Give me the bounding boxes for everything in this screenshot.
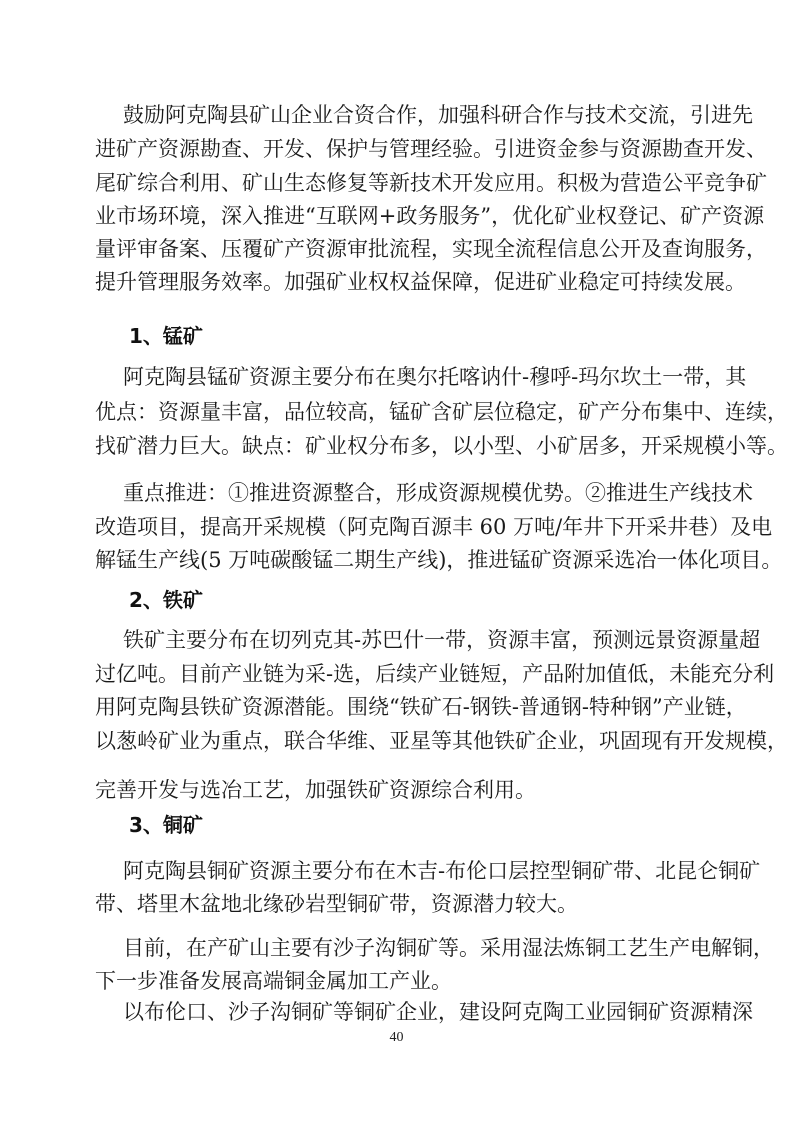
paragraph-line: 改造项目，提高开采规模（阿克陶百源丰 60 万吨/年井下开采井巷）及电 — [95, 509, 711, 546]
paragraph-line: 带、塔里木盆地北缘砂岩型铜矿带，资源潜力较大。 — [95, 886, 711, 923]
paragraph-line: 用阿克陶县铁矿资源潜能。围绕“铁矿石-钢铁-普通钢-特种钢”产业链， — [95, 689, 711, 726]
page-number: 40 — [0, 1030, 793, 1046]
paragraph-line: 完善开发与选冶工艺，加强铁矿资源综合利用。 — [95, 772, 711, 809]
paragraph-line: 量评审备案、压覆矿产资源审批流程，实现全流程信息公开及查询服务， — [95, 231, 711, 268]
paragraph-line: 目前，在产矿山主要有沙子沟铜矿等。采用湿法炼铜工艺生产电解铜， — [123, 930, 711, 967]
paragraph-line: 优点：资源量丰富，品位较高，锰矿含矿层位稳定，矿产分布集中、连续， — [95, 394, 711, 431]
paragraph-line: 阿克陶县锰矿资源主要分布在奥尔托喀讷什-穆呼-玛尔坎土一带，其 — [123, 359, 711, 396]
section-heading-manganese: 1、锰矿 — [129, 318, 203, 355]
section-heading-iron: 2、铁矿 — [129, 582, 203, 619]
paragraph-line: 尾矿综合利用、矿山生态修复等新技术开发应用。积极为营造公平竞争矿 — [95, 165, 711, 202]
paragraph-line: 鼓励阿克陶县矿山企业合资合作，加强科研合作与技术交流，引进先 — [123, 97, 711, 134]
paragraph-line: 重点推进：①推进资源整合，形成资源规模优势。②推进生产线技术 — [123, 475, 711, 512]
paragraph-line: 解锰生产线(5 万吨碳酸锰二期生产线)，推进锰矿资源采选冶一体化项目。 — [95, 542, 711, 579]
paragraph-line: 铁矿主要分布在切列克其-苏巴什一带，资源丰富，预测远景资源量超 — [123, 622, 711, 659]
paragraph-line: 找矿潜力巨大。缺点：矿业权分布多，以小型、小矿居多，开采规模小等。 — [95, 428, 711, 465]
paragraph-line: 以葱岭矿业为重点，联合华维、亚星等其他铁矿企业，巩固现有开发规模， — [95, 723, 711, 760]
paragraph-line: 以布伦口、沙子沟铜矿等铜矿企业，建设阿克陶工业园铜矿资源精深 — [123, 994, 711, 1031]
paragraph-line: 进矿产资源勘查、开发、保护与管理经验。引进资金参与资源勘查开发、 — [95, 131, 711, 168]
paragraph-line: 提升管理服务效率。加强矿业权权益保障，促进矿业稳定可持续发展。 — [95, 264, 711, 301]
paragraph-line: 业市场环境，深入推进“互联网+政务服务”，优化矿业权登记、矿产资源 — [95, 198, 711, 235]
section-heading-copper: 3、铜矿 — [129, 807, 203, 844]
paragraph-line: 阿克陶县铜矿资源主要分布在木吉-布伦口层控型铜矿带、北昆仑铜矿 — [123, 853, 711, 890]
document-page: 鼓励阿克陶县矿山企业合资合作，加强科研合作与技术交流，引进先 进矿产资源勘查、开… — [0, 0, 793, 1122]
paragraph-line: 过亿吨。目前产业链为采-选，后续产业链短，产品附加值低，未能充分利 — [95, 656, 711, 693]
